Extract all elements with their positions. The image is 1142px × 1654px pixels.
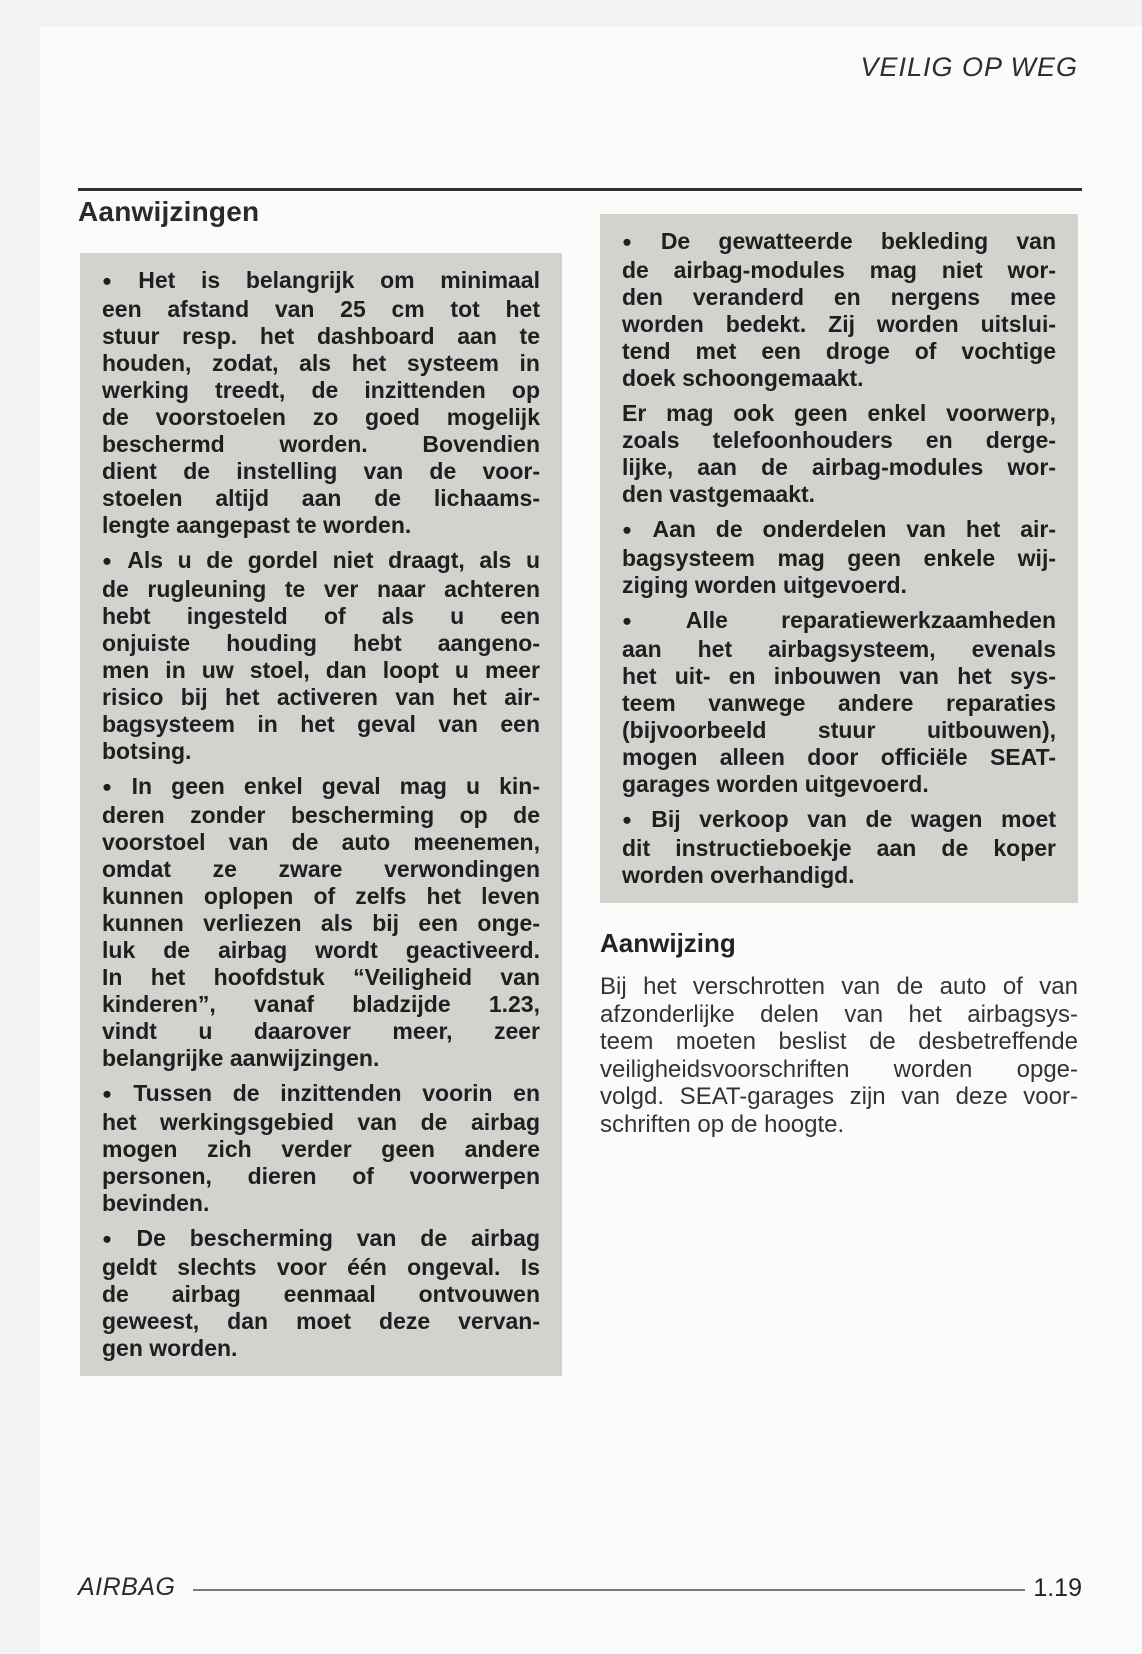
text-line: houden, zodat, als het systeem in [102, 350, 540, 377]
text-line: bevinden. [102, 1190, 540, 1217]
bullet-icon: ● [622, 520, 645, 539]
paragraph: Er mag ook geen enkel voorwerp,zoals tel… [622, 400, 1056, 508]
text-line: geweest, dan moet deze vervan- [102, 1308, 540, 1335]
text-line: ●Alle reparatiewerkzaamheden [622, 607, 1056, 636]
text-line: volgd. SEAT-garages zijn van deze voor- [600, 1083, 1078, 1111]
text-line: zoals telefoonhouders en derge- [622, 427, 1056, 454]
text-line: deren zonder bescherming op de [102, 802, 540, 829]
text-line: mogen zich verder geen andere [102, 1136, 540, 1163]
notice-box-left: ●Het is belangrijk om minimaaleen afstan… [80, 253, 562, 1376]
text-line: ●Aan de onderdelen van het air- [622, 516, 1056, 545]
text-line: ●In geen enkel geval mag u kin- [102, 773, 540, 802]
text-line: Er mag ook geen enkel voorwerp, [622, 400, 1056, 427]
text-line: aan het airbagsysteem, evenals [622, 636, 1056, 663]
text-line: belangrijke aanwijzingen. [102, 1045, 540, 1072]
paragraph: ●In geen enkel geval mag u kin-deren zon… [102, 773, 540, 1072]
bullet-icon: ● [622, 232, 654, 251]
text-line: doek schoongemaakt. [622, 365, 1056, 392]
text-line: teem vanwege andere reparaties [622, 690, 1056, 717]
page-footer: AIRBAG 1.19 [78, 1572, 1082, 1603]
text-line: (bijvoorbeeld stuur uitbouwen), [622, 717, 1056, 744]
bullet-icon: ● [622, 611, 679, 630]
text-line: den veranderd en nergens mee [622, 284, 1056, 311]
paragraph: ●Het is belangrijk om minimaaleen afstan… [102, 267, 540, 539]
text-line: de airbag-modules mag niet wor- [622, 257, 1056, 284]
paragraph: ●Tussen de inzittenden voorin enhet werk… [102, 1080, 540, 1217]
note-heading: Aanwijzing [600, 928, 1078, 959]
text-line: Bij het verschrotten van de auto of van [600, 973, 1078, 1001]
text-line: mogen alleen door officiële SEAT- [622, 744, 1056, 771]
text-line: tend met een droge of vochtige [622, 338, 1056, 365]
text-line: luk de airbag wordt geactiveerd. [102, 937, 540, 964]
note-section: Aanwijzing Bij het verschrotten van de a… [600, 928, 1078, 1138]
text-line: ●De bescherming van de airbag [102, 1225, 540, 1254]
text-line: worden bedekt. Zij worden uitslui- [622, 311, 1056, 338]
text-line: geldt slechts voor één ongeval. Is [102, 1254, 540, 1281]
paragraph: ●Als u de gordel niet draagt, als ude ru… [102, 547, 540, 765]
bullet-icon: ● [102, 271, 131, 290]
text-line: bagsysteem mag geen enkele wij- [622, 545, 1056, 572]
header-rule [78, 188, 1082, 191]
text-line: men in uw stoel, dan loopt u meer [102, 657, 540, 684]
bullet-icon: ● [102, 777, 125, 796]
text-line: veiligheidsvoorschriften worden opge- [600, 1056, 1078, 1084]
text-line: gen worden. [102, 1335, 540, 1362]
text-line: ●Bij verkoop van de wagen moet [622, 806, 1056, 835]
text-line: de voorstoelen zo goed mogelijk [102, 404, 540, 431]
text-line: botsing. [102, 738, 540, 765]
text-line: ●Het is belangrijk om minimaal [102, 267, 540, 296]
text-line: hebt ingesteld of als u een [102, 603, 540, 630]
text-line: lengte aangepast te worden. [102, 512, 540, 539]
text-line: onjuiste houding hebt aangeno- [102, 630, 540, 657]
page-number: 1.19 [1033, 1572, 1082, 1603]
bullet-icon: ● [102, 1084, 126, 1103]
text-line: risico bij het activeren van het air- [102, 684, 540, 711]
text-line: beschermd worden. Bovendien [102, 431, 540, 458]
text-line: schriften op de hoogte. [600, 1111, 1078, 1139]
text-line: stuur resp. het dashboard aan te [102, 323, 540, 350]
bullet-icon: ● [102, 1229, 129, 1248]
text-line: voorstoel van de auto meenemen, [102, 829, 540, 856]
footer-rule [193, 1589, 1025, 1591]
text-line: lijke, aan de airbag-modules wor- [622, 454, 1056, 481]
paragraph: ●De bescherming van de airbaggeldt slech… [102, 1225, 540, 1362]
text-line: bagsysteem in het geval van een [102, 711, 540, 738]
text-line: teem moeten beslist de desbetreffende [600, 1028, 1078, 1056]
text-line: dient de instelling van de voor- [102, 458, 540, 485]
paragraph: Bij het verschrotten van de auto of vana… [600, 973, 1078, 1138]
text-line: stoelen altijd aan de lichaams- [102, 485, 540, 512]
note-body: Bij het verschrotten van de auto of vana… [600, 973, 1078, 1138]
text-line: worden overhandigd. [622, 862, 1056, 889]
text-line: kunnen verliezen als bij een onge- [102, 910, 540, 937]
paragraph: ●Bij verkoop van de wagen moetdit instru… [622, 806, 1056, 889]
page-header-title: VEILIG OP WEG [860, 52, 1078, 83]
text-line: personen, dieren of voorwerpen [102, 1163, 540, 1190]
text-line: dit instructieboekje aan de koper [622, 835, 1056, 862]
paragraph: ●De gewatteerde bekleding vande airbag-m… [622, 228, 1056, 392]
text-line: ziging worden uitgevoerd. [622, 572, 1056, 599]
text-line: In het hoofdstuk “Veiligheid van [102, 964, 540, 991]
text-line: ●Als u de gordel niet draagt, als u [102, 547, 540, 576]
text-line: een afstand van 25 cm tot het [102, 296, 540, 323]
text-line: de rugleuning te ver naar achteren [102, 576, 540, 603]
footer-chapter-label: AIRBAG [78, 1573, 175, 1602]
text-line: het uit- en inbouwen van het sys- [622, 663, 1056, 690]
text-line: werking treedt, de inzittenden op [102, 377, 540, 404]
text-line: de airbag eenmaal ontvouwen [102, 1281, 540, 1308]
text-line: omdat ze zware verwondingen [102, 856, 540, 883]
text-line: kunnen oplopen of zelfs het leven [102, 883, 540, 910]
text-line: ●Tussen de inzittenden voorin en [102, 1080, 540, 1109]
text-line: den vastgemaakt. [622, 481, 1056, 508]
text-line: kinderen”, vanaf bladzijde 1.23, [102, 991, 540, 1018]
paragraph: ●Alle reparatiewerkzaamhedenaan het airb… [622, 607, 1056, 798]
text-line: vindt u daarover meer, zeer [102, 1018, 540, 1045]
text-line: het werkingsgebied van de airbag [102, 1109, 540, 1136]
bullet-icon: ● [622, 810, 644, 829]
bullet-icon: ● [102, 551, 120, 570]
text-line: ●De gewatteerde bekleding van [622, 228, 1056, 257]
paragraph: ●Aan de onderdelen van het air-bagsystee… [622, 516, 1056, 599]
notice-box-right: ●De gewatteerde bekleding vande airbag-m… [600, 214, 1078, 903]
text-line: garages worden uitgevoerd. [622, 771, 1056, 798]
section-heading-aanwijzingen: Aanwijzingen [78, 196, 259, 228]
text-line: afzonderlijke delen van het airbagsys- [600, 1001, 1078, 1029]
